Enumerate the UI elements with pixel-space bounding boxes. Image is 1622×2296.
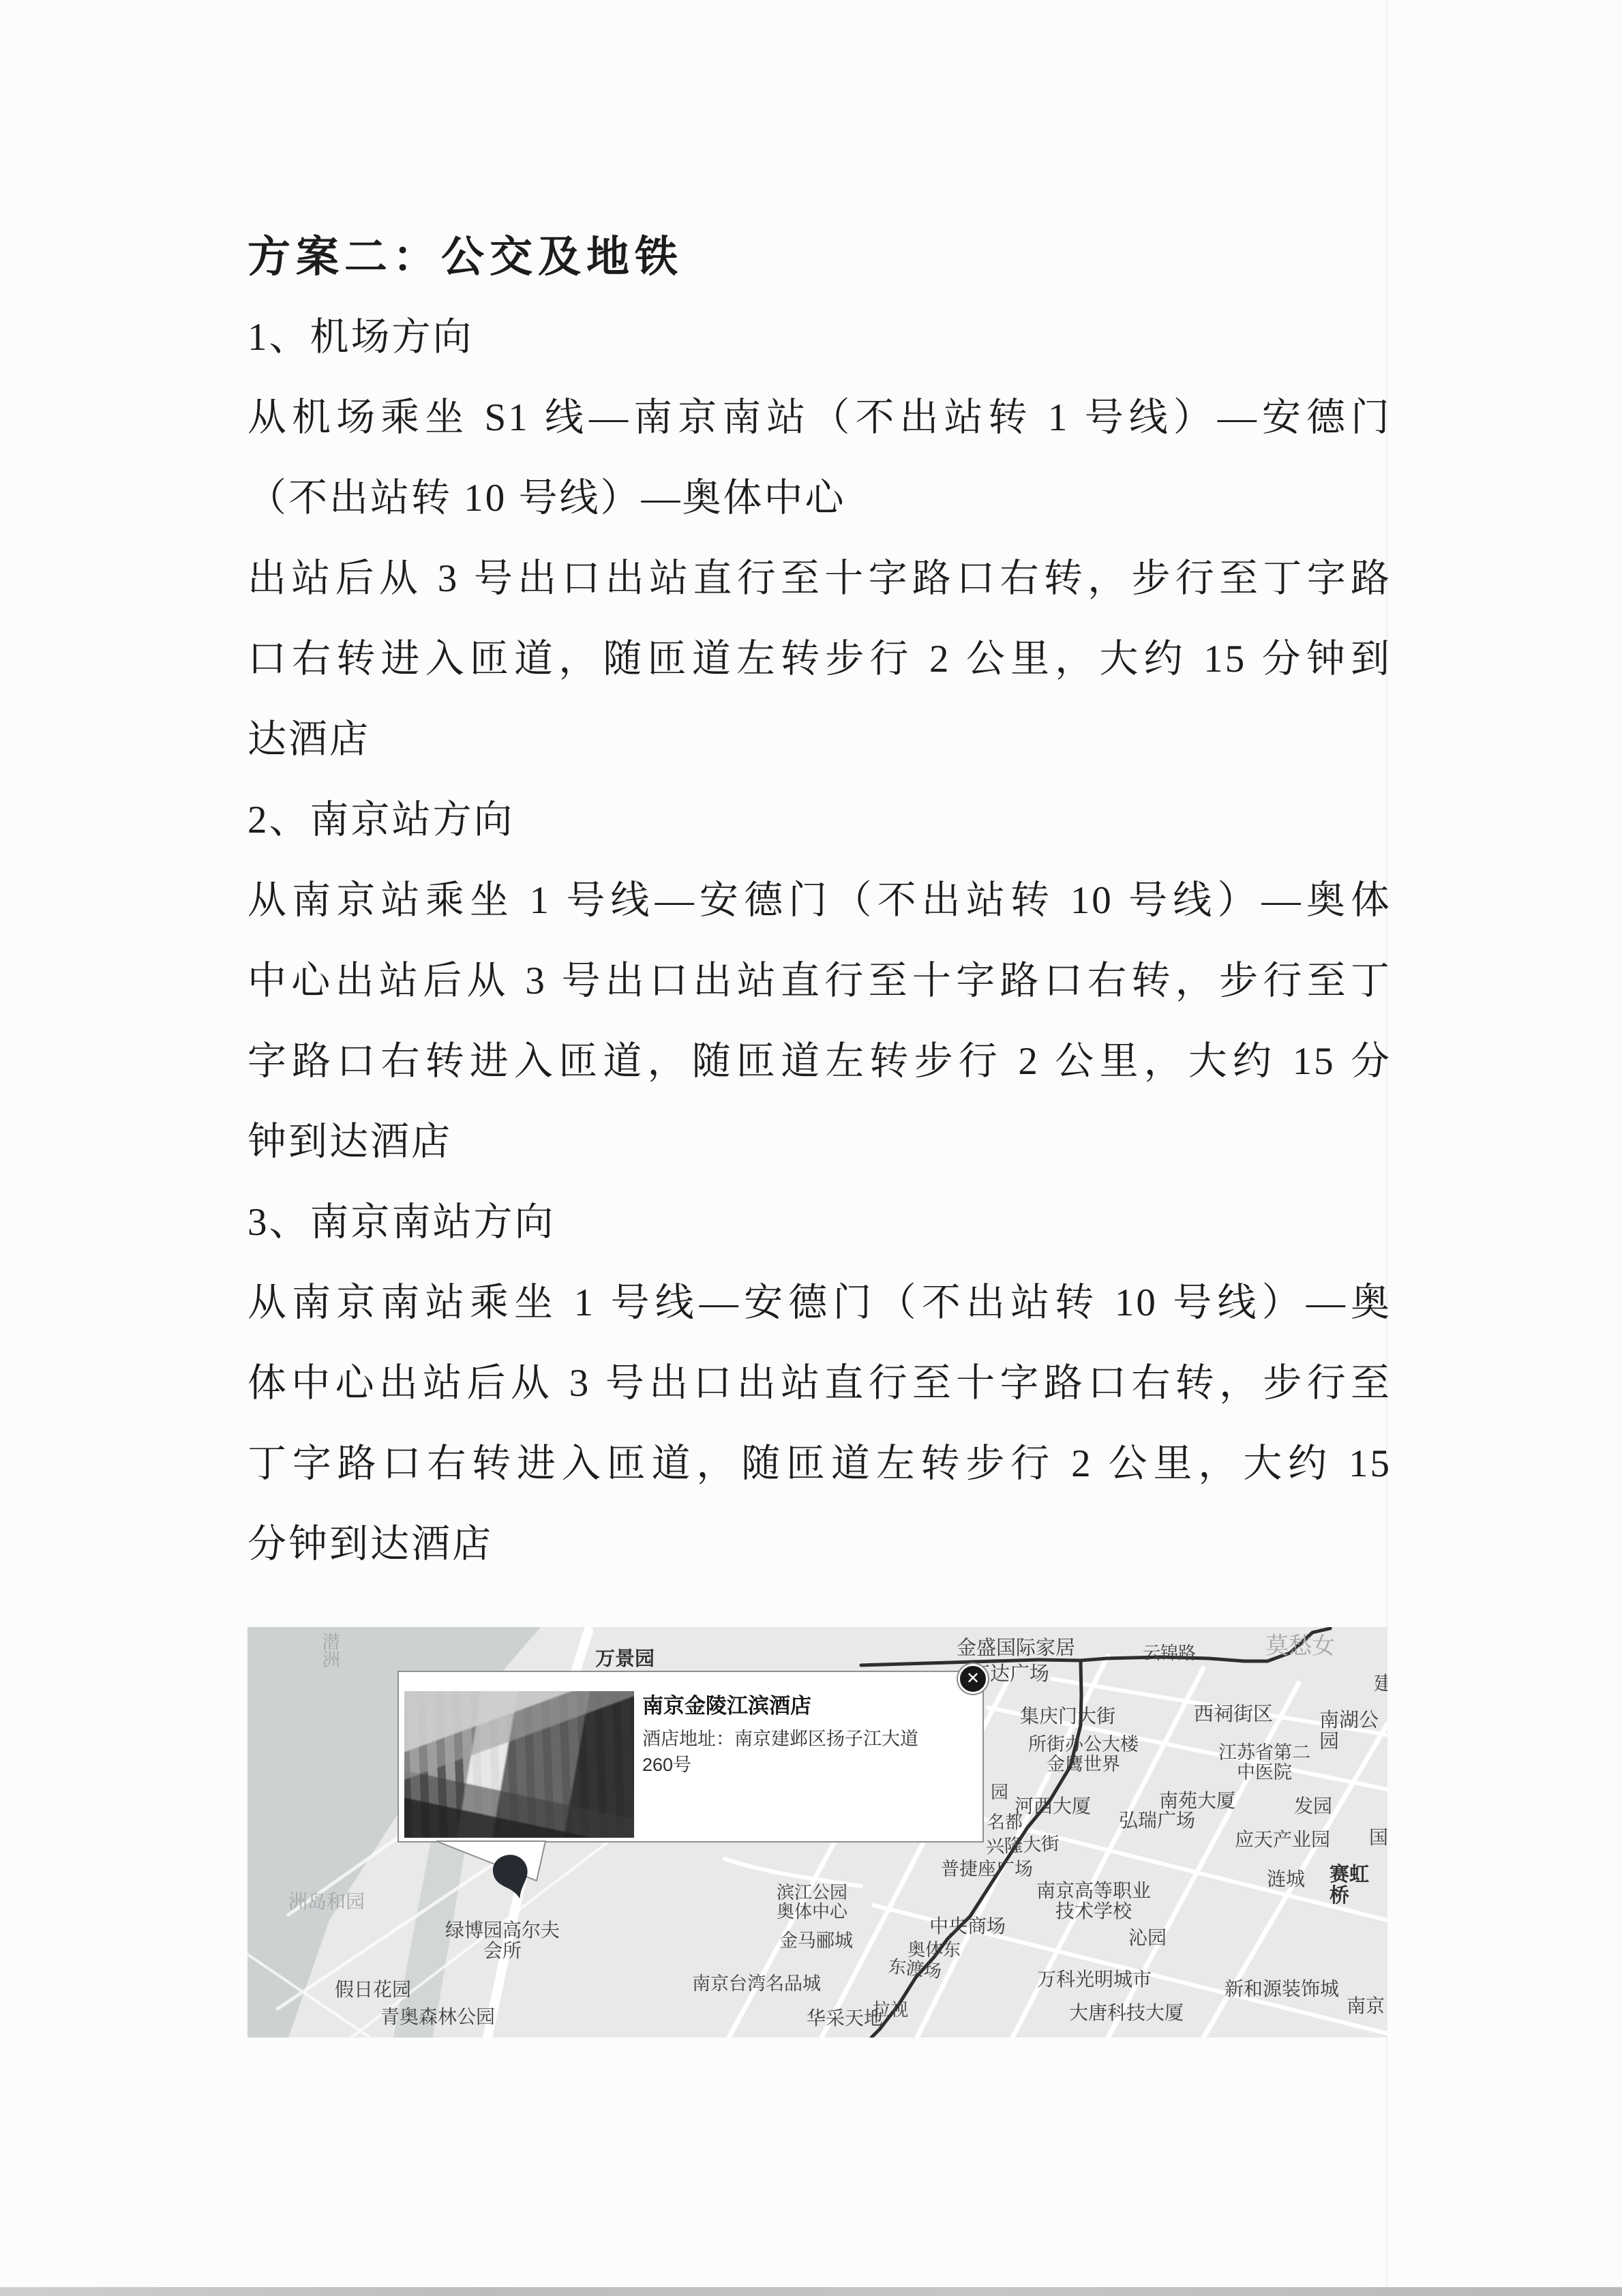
map-label: 沁园 (1128, 1928, 1167, 1948)
text-line: 达酒店 (247, 700, 1392, 780)
map-label: 南湖公园 (1319, 1710, 1387, 1753)
map-label: 万景园 (595, 1649, 655, 1670)
map-label: 江苏省第二 中医院 (1218, 1743, 1310, 1783)
scanned-document-page: 方案二：公交及地铁 1、机场方向从机场乘坐 S1 线—南京南站（不出站转 1 号… (0, 0, 1622, 2296)
document-text-block: 方案二：公交及地铁 1、机场方向从机场乘坐 S1 线—南京南站（不出站转 1 号… (247, 217, 1392, 1585)
map-label: 南苑大厦 (1159, 1791, 1235, 1811)
map-label: 发园 (1294, 1796, 1332, 1817)
text-line: 从南京南站乘坐 1 号线—安德门（不出站转 10 号线）—奥 (247, 1263, 1392, 1343)
map-label: 南京高等职业 技术学校 (1036, 1881, 1151, 1922)
map-label: 涟城 (1267, 1869, 1305, 1890)
map-label: 华采天地 (807, 2008, 883, 2029)
text-line: 出站后从 3 号出口出站直行至十字路口右转，步行至丁字路 (247, 539, 1392, 619)
map-label: 西祠街区 (1194, 1704, 1273, 1725)
map-label: 云锦路 (1143, 1643, 1196, 1663)
map-label: 赛虹桥 (1330, 1864, 1387, 1907)
map-label: 新和源装饰城 (1225, 1979, 1339, 1999)
hotel-photo (404, 1691, 634, 1838)
map-label: 莫愁女 (1265, 1634, 1335, 1659)
map-label: 弘瑞广场 (1119, 1810, 1195, 1831)
map-label: 河西大厦 (1015, 1796, 1091, 1817)
map-label: 假日花园 (335, 1980, 411, 2000)
map-label: 普捷座广场 (941, 1860, 1033, 1879)
scan-edge-bar (0, 2287, 1622, 2296)
text-line: 1、机场方向 (247, 297, 1392, 378)
text-line: 中心出站后从 3 号出口出站直行至十字路口右转，步行至丁 (247, 941, 1392, 1022)
page-title: 方案二：公交及地铁 (247, 217, 1392, 297)
map-label: 南京 (1347, 1996, 1385, 2016)
map-label: 建 (1374, 1673, 1387, 1694)
map-label: 名都 (987, 1813, 1023, 1832)
map-label: 兴隆大街 (985, 1834, 1060, 1858)
map-label: 园 (991, 1783, 1008, 1802)
text-line: 体中心出站后从 3 号出口出站直行至十字路口右转，步行至 (247, 1343, 1392, 1424)
hotel-address-line2: 260号 (642, 1752, 977, 1778)
text-line: 口右转进入匝道，随匝道左转步行 2 公里，大约 15 分钟到 (247, 619, 1392, 700)
map-label: 金盛国际家居 (957, 1638, 1075, 1659)
map-label: 大唐科技大厦 (1069, 2003, 1184, 2023)
map-label: 应天产业园 (1235, 1830, 1330, 1850)
text-line: 从机场乘坐 S1 线—南京南站（不出站转 1 号线）—安德门 (247, 378, 1392, 458)
map-label: 绿博园高尔夫 会所 (445, 1920, 560, 1961)
text-line: 从南京站乘坐 1 号线—安德门（不出站转 10 号线）—奥体 (247, 861, 1392, 941)
map-label: 集庆门大街 (1020, 1706, 1115, 1727)
text-line: （不出站转 10 号线）—奥体中心 (247, 458, 1392, 539)
map-label: 金马郦城 (779, 1931, 853, 1951)
text-line: 3、南京南站方向 (247, 1182, 1392, 1263)
hotel-location-map: 潜洲万景园金盛国际家居云锦路莫愁女建万达广场集庆门大街西祠街区南湖公园所街办公大… (247, 1627, 1387, 2038)
map-label: 青奥森林公园 (380, 2007, 495, 2027)
popup-close-icon[interactable]: ✕ (958, 1664, 988, 1694)
map-label: 国 (1369, 1828, 1387, 1848)
map-label: 洲岛和园 (288, 1892, 365, 1912)
text-line: 分钟到达酒店 (247, 1504, 1392, 1585)
hotel-name: 南京金陵江滨酒店 (642, 1688, 977, 1719)
map-label: 中央商场 (929, 1916, 1006, 1937)
map-info-popup: 南京金陵江滨酒店 酒店地址：南京建邺区扬子江大道 260号 (397, 1671, 984, 1843)
map-label: 潜洲 (320, 1632, 340, 1668)
map-label: 奥体东 (907, 1940, 961, 1959)
text-line: 字路口右转进入匝道，随匝道左转步行 2 公里，大约 15 分 (247, 1022, 1392, 1102)
hotel-address-line1: 酒店地址：南京建邺区扬子江大道 (642, 1726, 977, 1752)
map-label: 滨江公园 奥体中心 (777, 1883, 847, 1921)
text-line: 丁字路口右转进入匝道，随匝道左转步行 2 公里，大约 15 (247, 1424, 1392, 1504)
map-label: 所街办公大楼 金鹰世界 (1028, 1735, 1139, 1774)
text-line: 2、南京站方向 (247, 780, 1392, 861)
map-label: 东渡场 (888, 1956, 943, 1981)
popup-text-block: 南京金陵江滨酒店 酒店地址：南京建邺区扬子江大道 260号 (642, 1688, 977, 1778)
map-label: 南京台湾名品城 (692, 1974, 821, 1994)
text-line: 钟到达酒店 (247, 1102, 1392, 1182)
document-lines: 1、机场方向从机场乘坐 S1 线—南京南站（不出站转 1 号线）—安德门（不出站… (247, 297, 1392, 1585)
map-label: 万科光明城市 (1037, 1969, 1152, 1990)
